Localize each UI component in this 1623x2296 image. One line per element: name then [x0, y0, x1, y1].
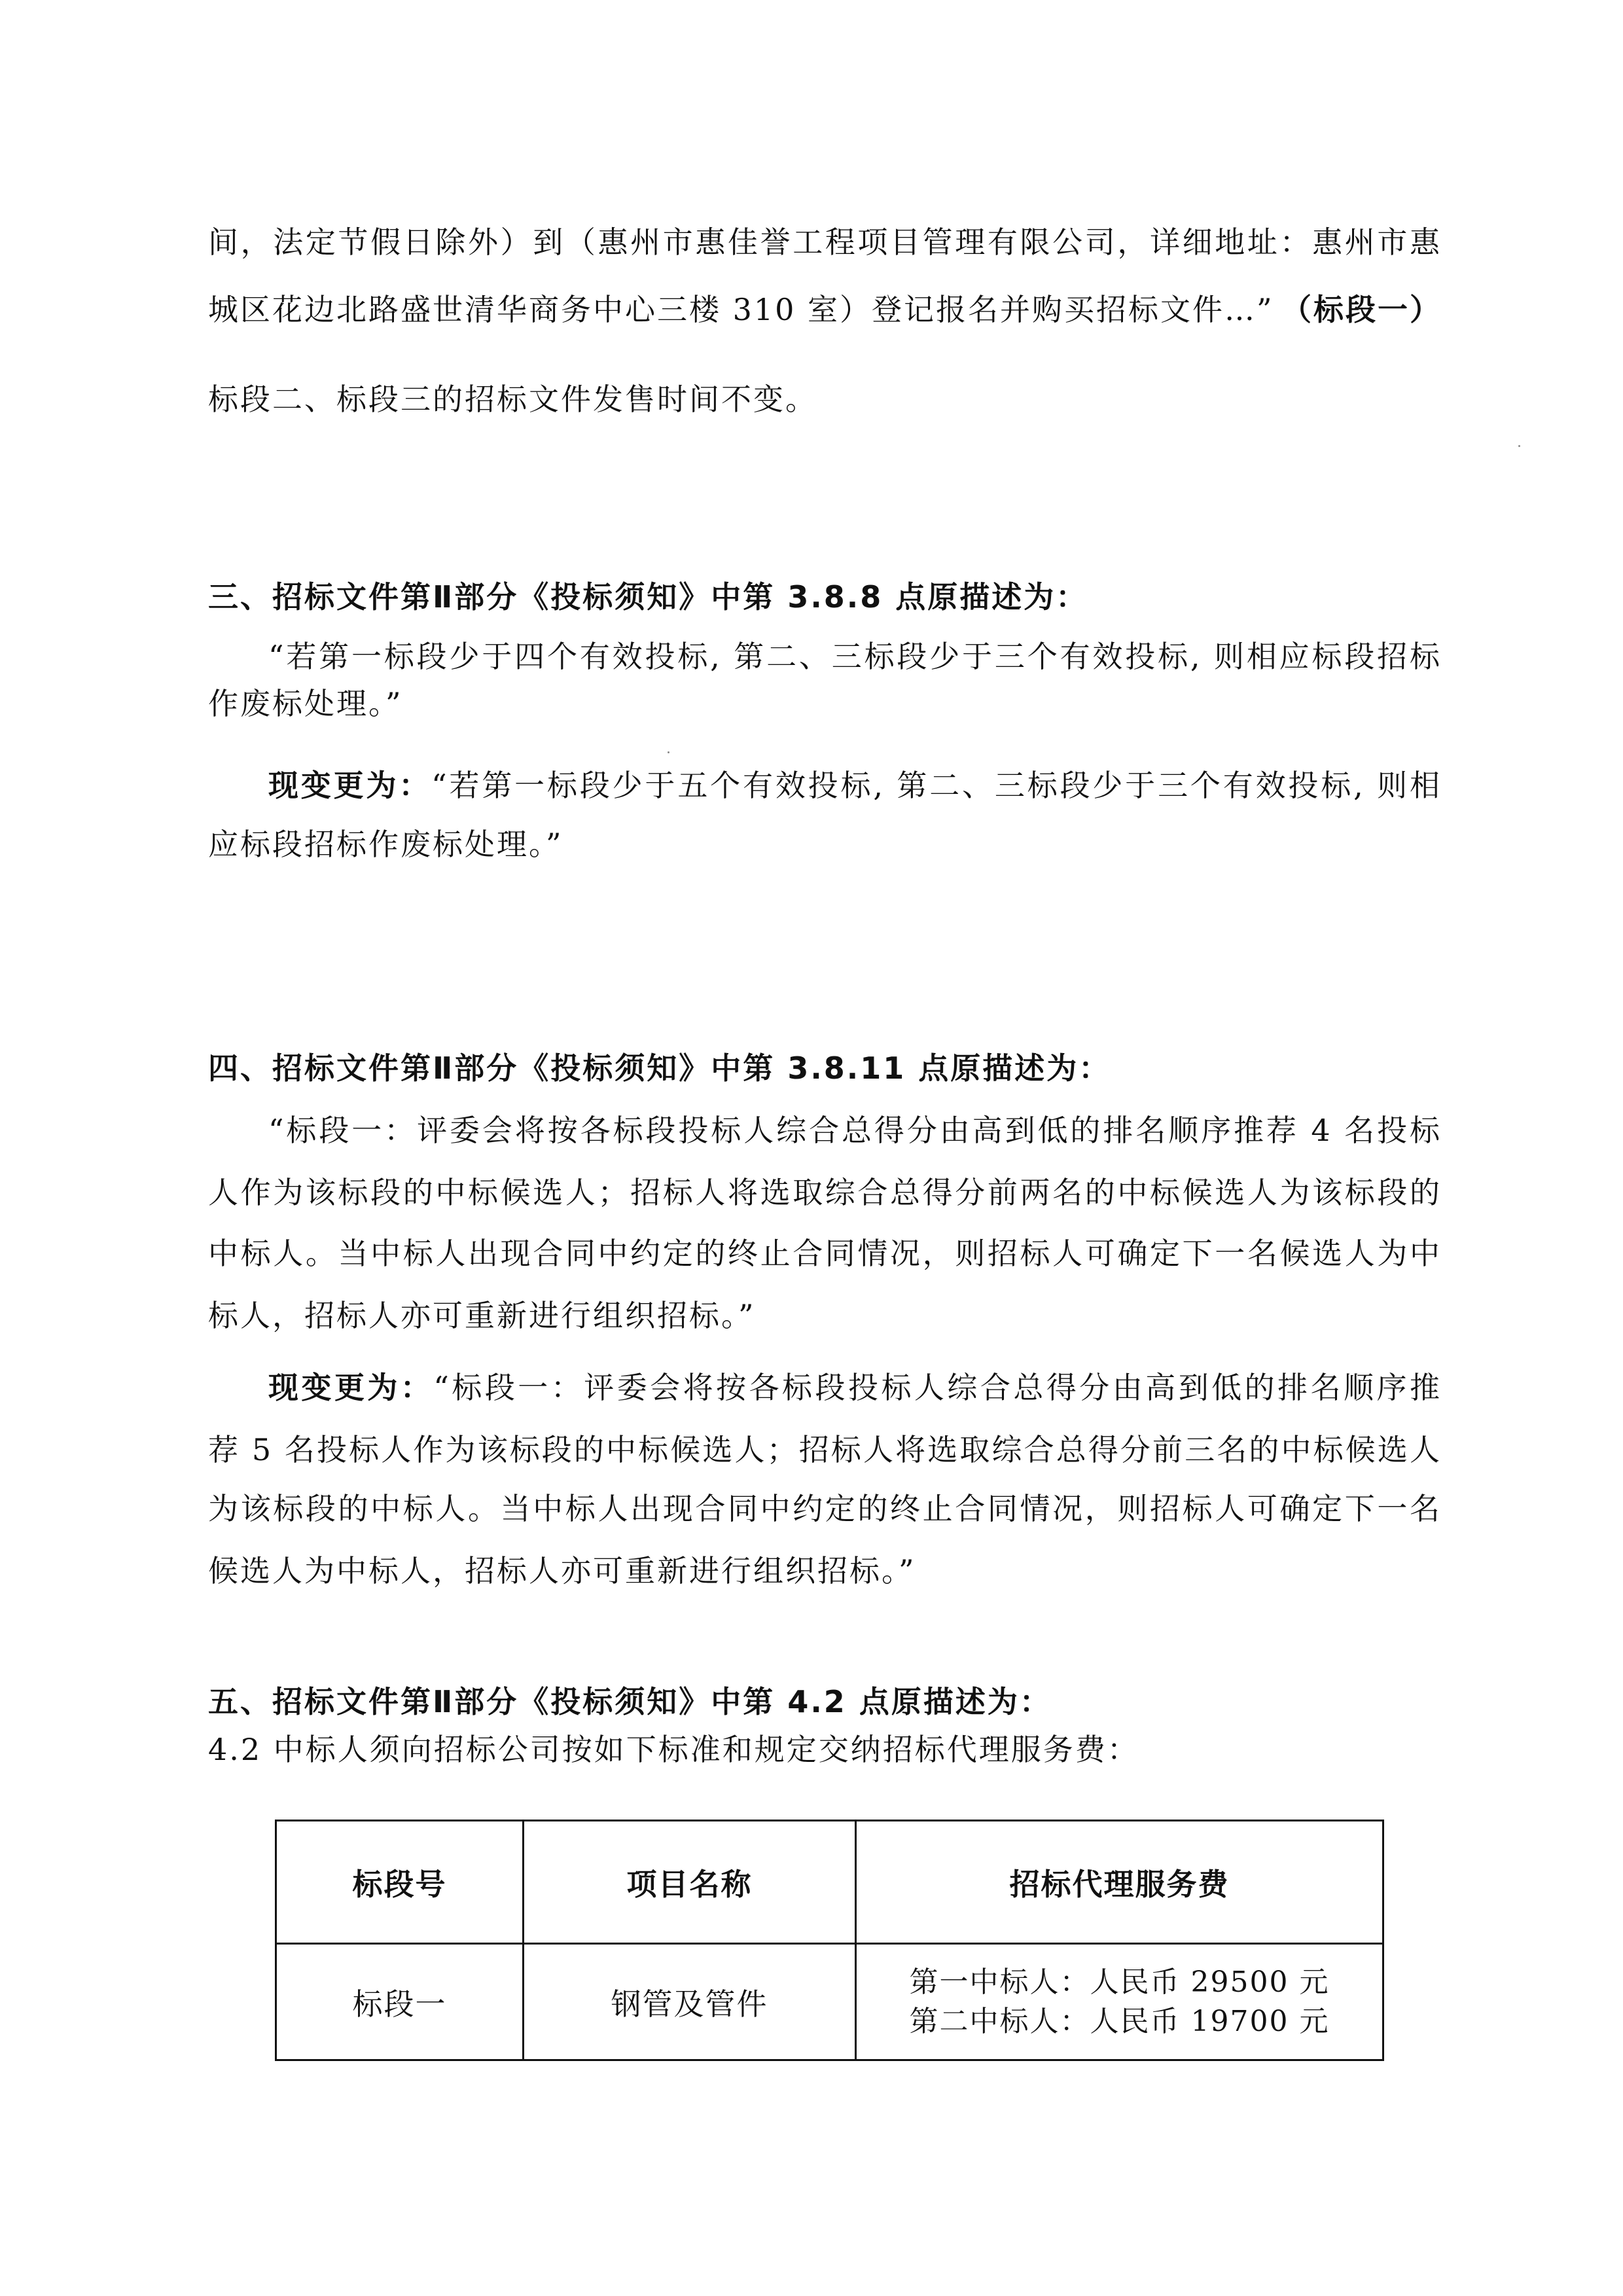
intro-line-1: 间，法定节假日除外）到（惠州市惠佳誉工程项目管理有限公司，详细地址：惠州市惠: [208, 223, 1442, 262]
section-4-change-label: 现变更为：: [268, 1370, 433, 1405]
scan-speck: [1518, 445, 1520, 447]
intro-line-2: 城区花边北路盛世清华商务中心三楼 310 室）登记报名并购买招标文件…” （标段…: [208, 290, 1442, 329]
section-4-original-line-2: 人作为该标段的中标候选人；招标人将选取综合总得分前两名的中标候选人为该标段的: [208, 1173, 1442, 1212]
section-3-change-label: 现变更为：: [268, 768, 431, 803]
fee-second-winner: 第二中标人：人民币 19700 元: [857, 2002, 1382, 2041]
section-4-original-line-1: “标段一：评委会将按各标段投标人综合总得分由高到低的排名顺序推荐 4 名投标: [268, 1111, 1442, 1150]
table-row: 标段一 钢管及管件 第一中标人：人民币 29500 元 第二中标人：人民币 19…: [276, 1944, 1383, 2060]
intro-section-tag: （标段一）: [1281, 290, 1442, 329]
section-3-changed-text-1: “若第一标段少于五个有效投标, 第二、三标段少于三个有效投标, 则相: [431, 768, 1442, 803]
section-4-changed-line-1: 现变更为：“标段一：评委会将按各标段投标人综合总得分由高到低的排名顺序推: [268, 1368, 1442, 1407]
section-5-body: 4.2 中标人须向招标公司按如下标准和规定交纳招标代理服务费：: [208, 1730, 1139, 1769]
header-service-fee: 招标代理服务费: [856, 1821, 1383, 1944]
section-3-heading: 三、招标文件第Ⅱ部分《投标须知》中第 3.8.8 点原描述为：: [208, 577, 1088, 617]
section-5-heading: 五、招标文件第Ⅱ部分《投标须知》中第 4.2 点原描述为：: [208, 1682, 1052, 1721]
section-3-original-line-2: 作废标处理。”: [208, 684, 403, 723]
cell-project: 钢管及管件: [524, 1944, 856, 2060]
section-3-changed-line-2: 应标段招标作废标处理。”: [208, 825, 563, 864]
section-4-original-line-4: 标人，招标人亦可重新进行组织招标。”: [208, 1296, 756, 1335]
section-4-changed-line-2: 荐 5 名投标人作为该标段的中标候选人；招标人将选取综合总得分前三名的中标候选人: [208, 1430, 1442, 1469]
scan-speck: [668, 751, 669, 753]
fee-first-winner: 第一中标人：人民币 29500 元: [857, 1963, 1382, 2002]
intro-line-2-text: 城区花边北路盛世清华商务中心三楼 310 室）登记报名并购买招标文件…”: [208, 292, 1274, 327]
header-project-name: 项目名称: [524, 1821, 856, 1944]
fee-table-header-row: 标段号 项目名称 招标代理服务费: [276, 1821, 1383, 1944]
section-3-original-line-1: “若第一标段少于四个有效投标, 第二、三标段少于三个有效投标, 则相应标段招标: [268, 637, 1442, 676]
cell-section: 标段一: [276, 1944, 524, 2060]
fee-table: 标段号 项目名称 招标代理服务费 标段一 钢管及管件 第一中标人：人民币 295…: [275, 1820, 1384, 2061]
section-4-changed-line-3: 为该标段的中标人。当中标人出现合同中约定的终止合同情况，则招标人可确定下一名: [208, 1489, 1442, 1528]
intro-note: 标段二、标段三的招标文件发售时间不变。: [208, 380, 817, 419]
section-4-heading: 四、招标文件第Ⅱ部分《投标须知》中第 3.8.11 点原描述为：: [208, 1049, 1111, 1088]
section-4-original-line-3: 中标人。当中标人出现合同中约定的终止合同情况，则招标人可确定下一名候选人为中: [208, 1234, 1442, 1273]
cell-fees: 第一中标人：人民币 29500 元 第二中标人：人民币 19700 元: [856, 1944, 1383, 2060]
section-4-changed-text-1: “标段一：评委会将按各标段投标人综合总得分由高到低的排名顺序推: [433, 1370, 1442, 1405]
header-section-no: 标段号: [276, 1821, 524, 1944]
section-3-changed-line-1: 现变更为：“若第一标段少于五个有效投标, 第二、三标段少于三个有效投标, 则相: [268, 766, 1442, 805]
scan-speck: [262, 1499, 264, 1501]
section-4-changed-line-4: 候选人为中标人，招标人亦可重新进行组织招标。”: [208, 1551, 916, 1590]
